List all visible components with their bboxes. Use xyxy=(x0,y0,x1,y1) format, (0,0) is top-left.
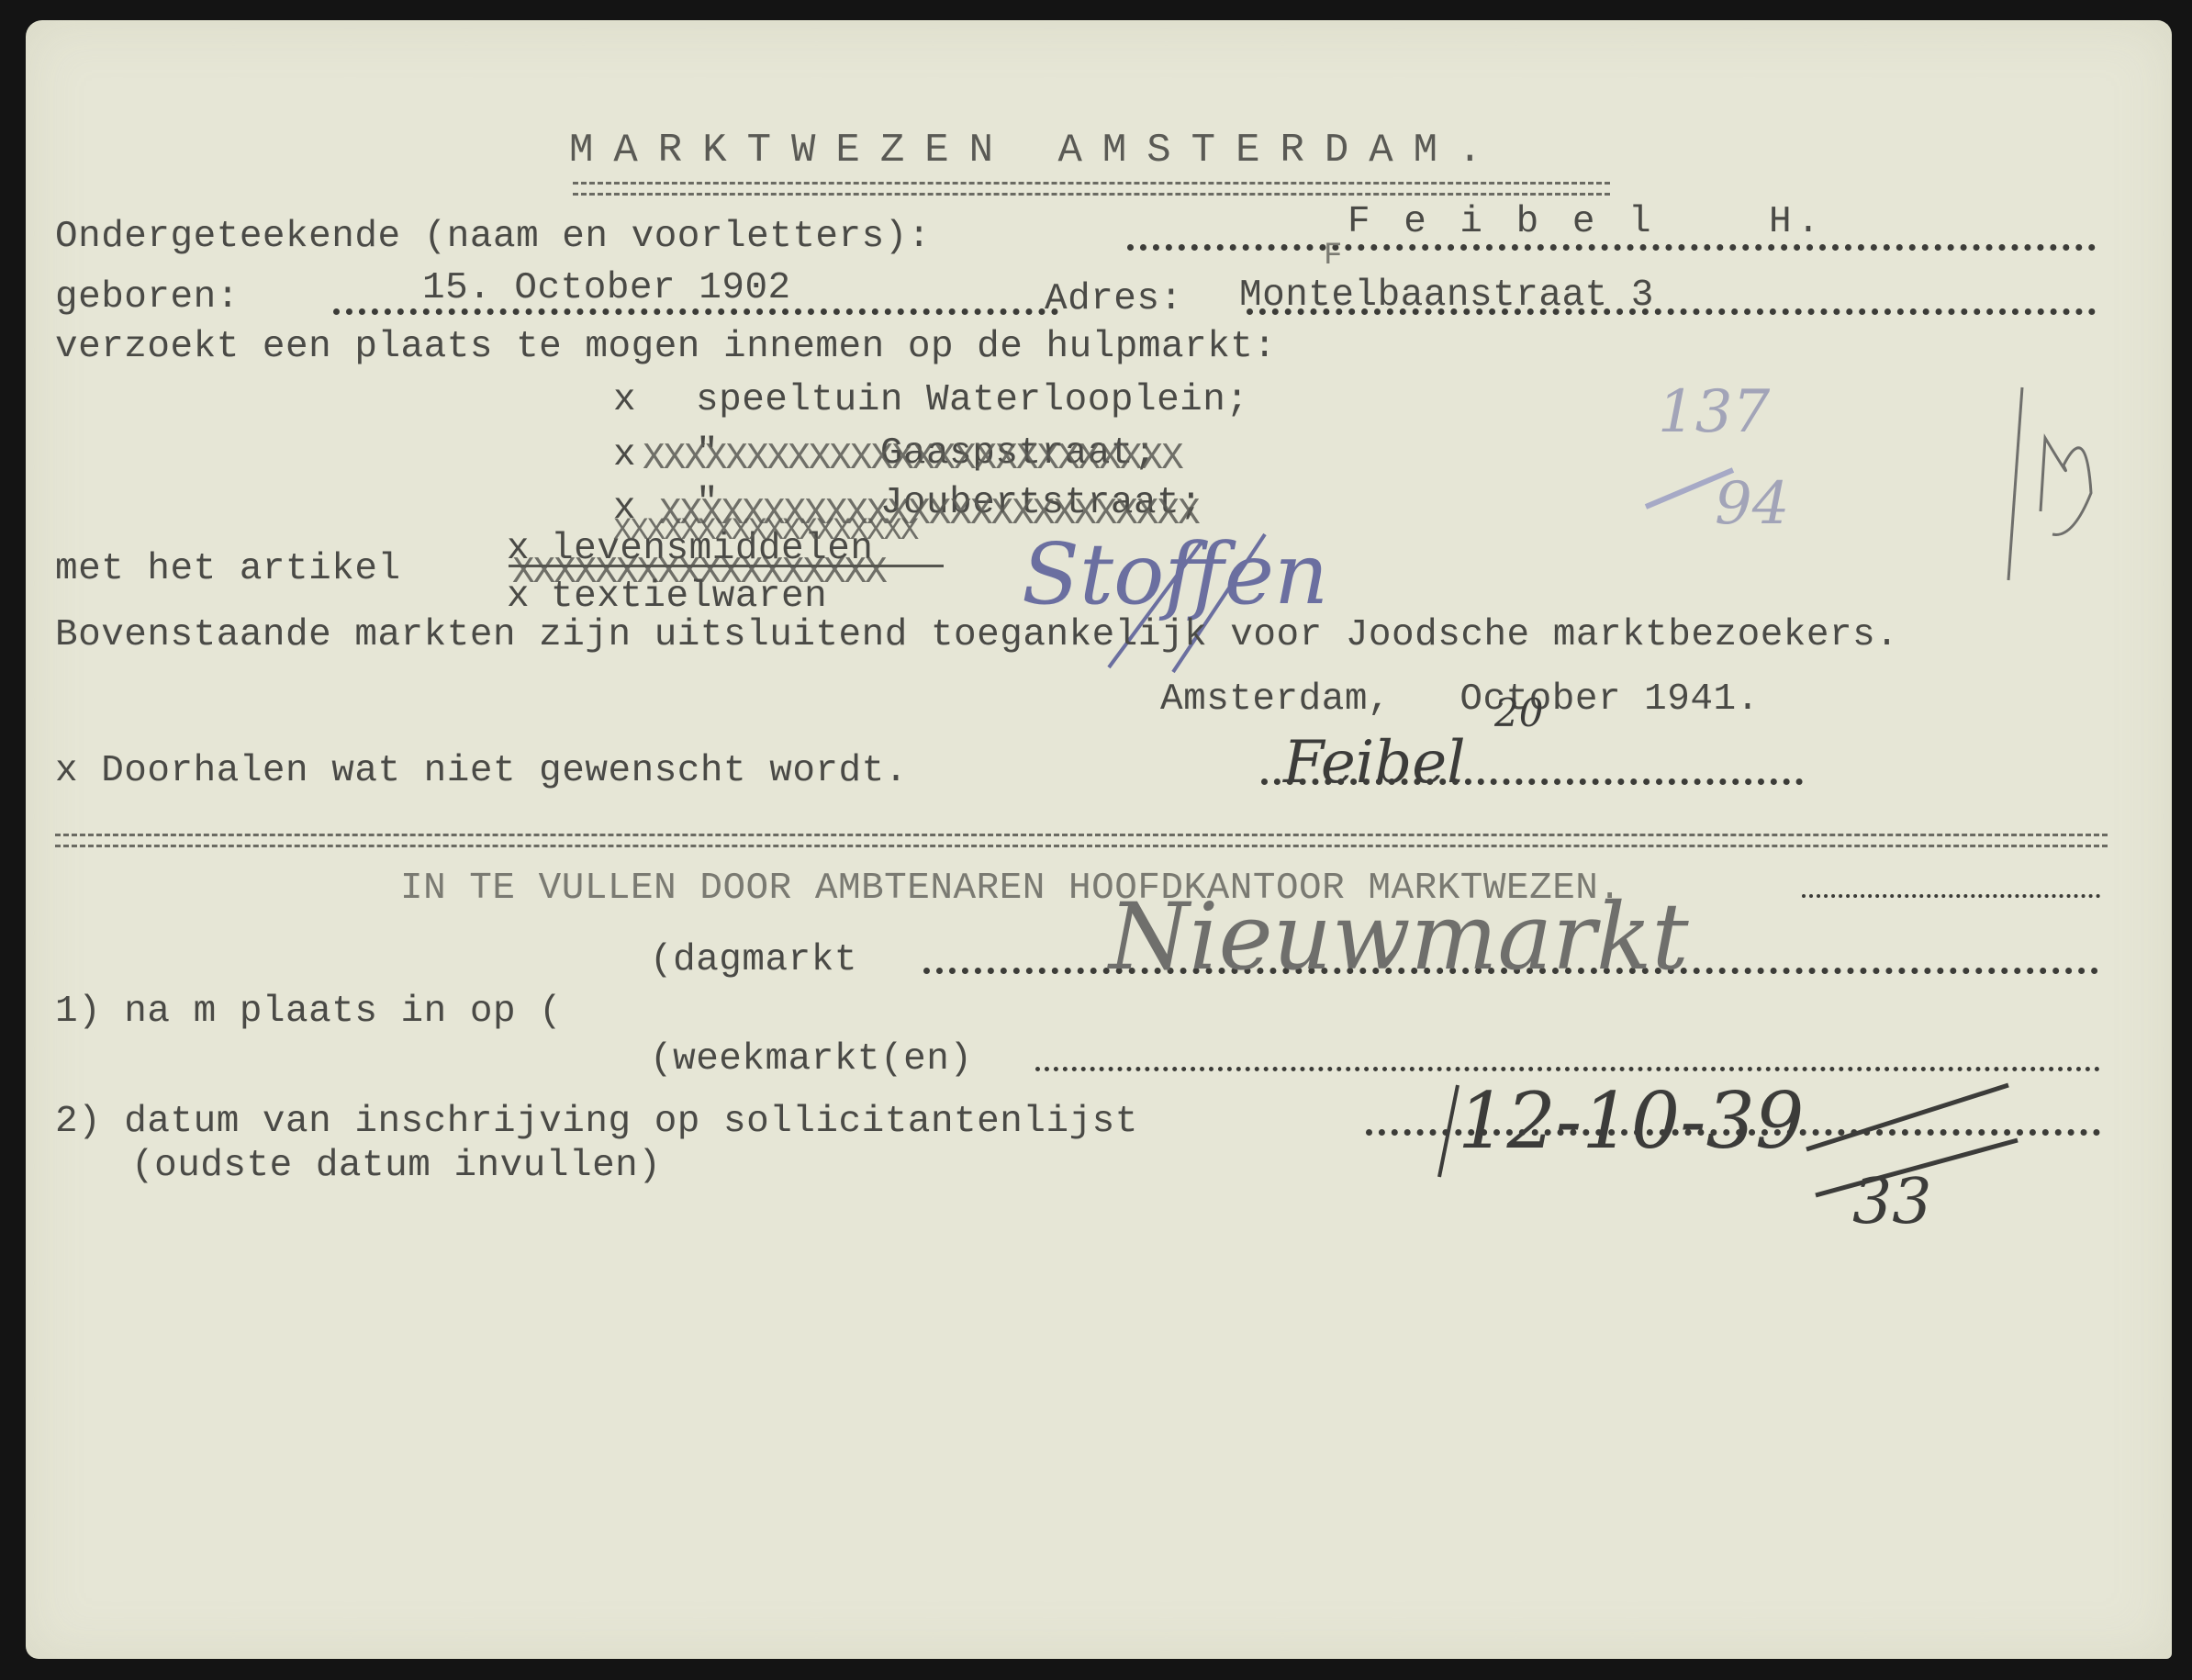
article-label: met het artikel xyxy=(55,551,401,588)
market-waterlooplein: speeltuin Waterlooplein; xyxy=(696,382,1249,420)
weekmarkt-label: (weekmarkt(en) xyxy=(650,1041,972,1079)
document-sheet: MARKTWEZEN AMSTERDAM. Ondergeteekende (n… xyxy=(26,20,2172,1659)
undersigned-label: Ondergeteekende (naam en voorletters): xyxy=(55,218,931,256)
address-value: Montelbaanstraat 3 xyxy=(1239,277,1654,315)
office-heading-dots xyxy=(1802,894,2100,898)
item2-label: 2) datum van inschrijving op sollicitant… xyxy=(55,1103,1138,1141)
place-date-day-handwritten: 20 xyxy=(1494,690,1543,735)
margin-initials-icon xyxy=(1999,383,2100,585)
born-dotted-field xyxy=(333,308,1058,315)
address-label: Adres: xyxy=(1045,281,1183,319)
place-date: Amsterdam, October 1941. xyxy=(1160,681,1760,719)
margin-fraction-bottom: 94 xyxy=(1715,470,1789,538)
name-value: F e i b e l H. xyxy=(1348,204,1825,241)
section-divider xyxy=(55,834,2108,847)
item1-label: 1) na m plaats in op ( xyxy=(55,993,562,1031)
applicant-signature: Feibel xyxy=(1283,729,1466,797)
title-double-underline xyxy=(573,182,1610,196)
dagmarkt-label: (dagmarkt xyxy=(650,942,857,980)
article-mark-textielwaren: x xyxy=(507,578,530,616)
document-title: MARKTWEZEN AMSTERDAM. xyxy=(569,130,1503,171)
strike-instruction: x Doorhalen wat niet gewenscht wordt. xyxy=(55,753,908,790)
request-text: verzoekt een plaats te mogen innemen op … xyxy=(55,329,1277,366)
born-label: geboren: xyxy=(55,279,240,317)
article-underline xyxy=(509,565,944,567)
margin-fraction-top: 137 xyxy=(1658,378,1770,446)
born-value: 15. October 1902 xyxy=(422,270,791,308)
notice-text: Bovenstaande markten zijn uitsluitend to… xyxy=(55,617,1898,655)
article-textielwaren: textielwaren xyxy=(551,578,827,616)
market-gaaspstraat-strikeout: XXXXXXXXXXXXXXXXXXXXXXXXXX xyxy=(643,441,1182,478)
item2-sub: (oudste datum invullen) xyxy=(131,1148,661,1185)
market-mark-waterlooplein: x xyxy=(613,382,636,420)
name-dotted-field xyxy=(1127,244,2096,251)
date-strike-icon xyxy=(1421,1076,2082,1204)
dagmarkt-handwritten-value: Nieuwmarkt xyxy=(1109,883,1689,991)
market-mark-gaaspstraat: x xyxy=(613,437,636,475)
article-levensmiddelen-strikeout-2: XXXXXXXXXXXXXXXXXX xyxy=(613,516,917,547)
name-correction: F xyxy=(1324,241,1343,272)
weekmarkt-dotted-field xyxy=(1035,1067,2100,1071)
item2-handwritten-correction: 33 xyxy=(1852,1166,1932,1238)
